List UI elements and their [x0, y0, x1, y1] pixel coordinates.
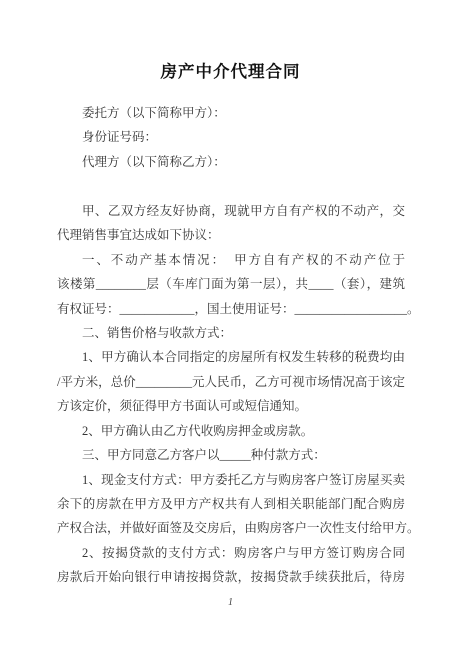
document-line: 产权合法，并做好面签及交房后，由购房客户一次性支付给甲方。 — [57, 516, 405, 540]
document-line: 2、甲方确认由乙方代收购房押金或房款。 — [57, 419, 405, 443]
document-line: 有权证号：____________，国土使用证号：_______________… — [57, 297, 405, 321]
document-line — [57, 174, 405, 198]
page-number: 1 — [0, 597, 461, 608]
document-line: 1、甲方确认本合同指定的房屋所有权发生转移的税费均由方负责交纳，销售单价为元 — [57, 345, 405, 369]
document-line: 甲、乙双方经友好协商，现就甲方自有产权的不动产，交由乙方房地产中介机构负责 — [57, 199, 405, 223]
document-line: 委托方（以下简称甲方）： — [57, 101, 405, 125]
document-line: 代理销售事宜达成如下协议： — [57, 223, 405, 247]
document-title: 房产中介代理合同 — [0, 58, 461, 82]
document-line: 方该定价，须征得甲方书面认可或短信通知。 — [57, 394, 405, 418]
document-line: 身份证号码： — [57, 125, 405, 149]
document-line: 2、按揭贷款的支付方式：购房客户与甲方签订购房合同后，购房客户向乙方支付首期 — [57, 541, 405, 565]
document-line: /平方米，总价_________元人民币，乙方可视市场情况高于该定价销售。若销售… — [57, 370, 405, 394]
document-body: 委托方（以下简称甲方）：身份证号码：代理方（以下简称乙方）：甲、乙双方经友好协商… — [57, 101, 405, 590]
document-line: 1、现金支付方式：甲方委托乙方与购房客户签订房屋买卖合同并收取适当购房押金， — [57, 468, 405, 492]
document-line: 代理方（以下简称乙方）： — [57, 150, 405, 174]
document-line: 该楼第________层（车库门面为第一层），共____（套），建筑面积____… — [57, 272, 405, 296]
document-page: 房产中介代理合同 委托方（以下简称甲方）：身份证号码：代理方（以下简称乙方）：甲… — [0, 0, 461, 653]
document-line: 一、不动产基本情况： 甲方自有产权的不动产位于_________________… — [57, 248, 405, 272]
document-line: 三、甲方同意乙方客户以_____种付款方式： — [57, 443, 405, 467]
document-line: 余下的房款在甲方及甲方产权共有人到相关职能部门配合购房客户核实本合同指定的房屋 — [57, 492, 405, 516]
document-line: 房款后开始向银行申请按揭贷款，按揭贷款手续获批后，待房产证过户并办抵押后，首期 — [57, 565, 405, 589]
document-line: 二、销售价格与收款方式： — [57, 321, 405, 345]
